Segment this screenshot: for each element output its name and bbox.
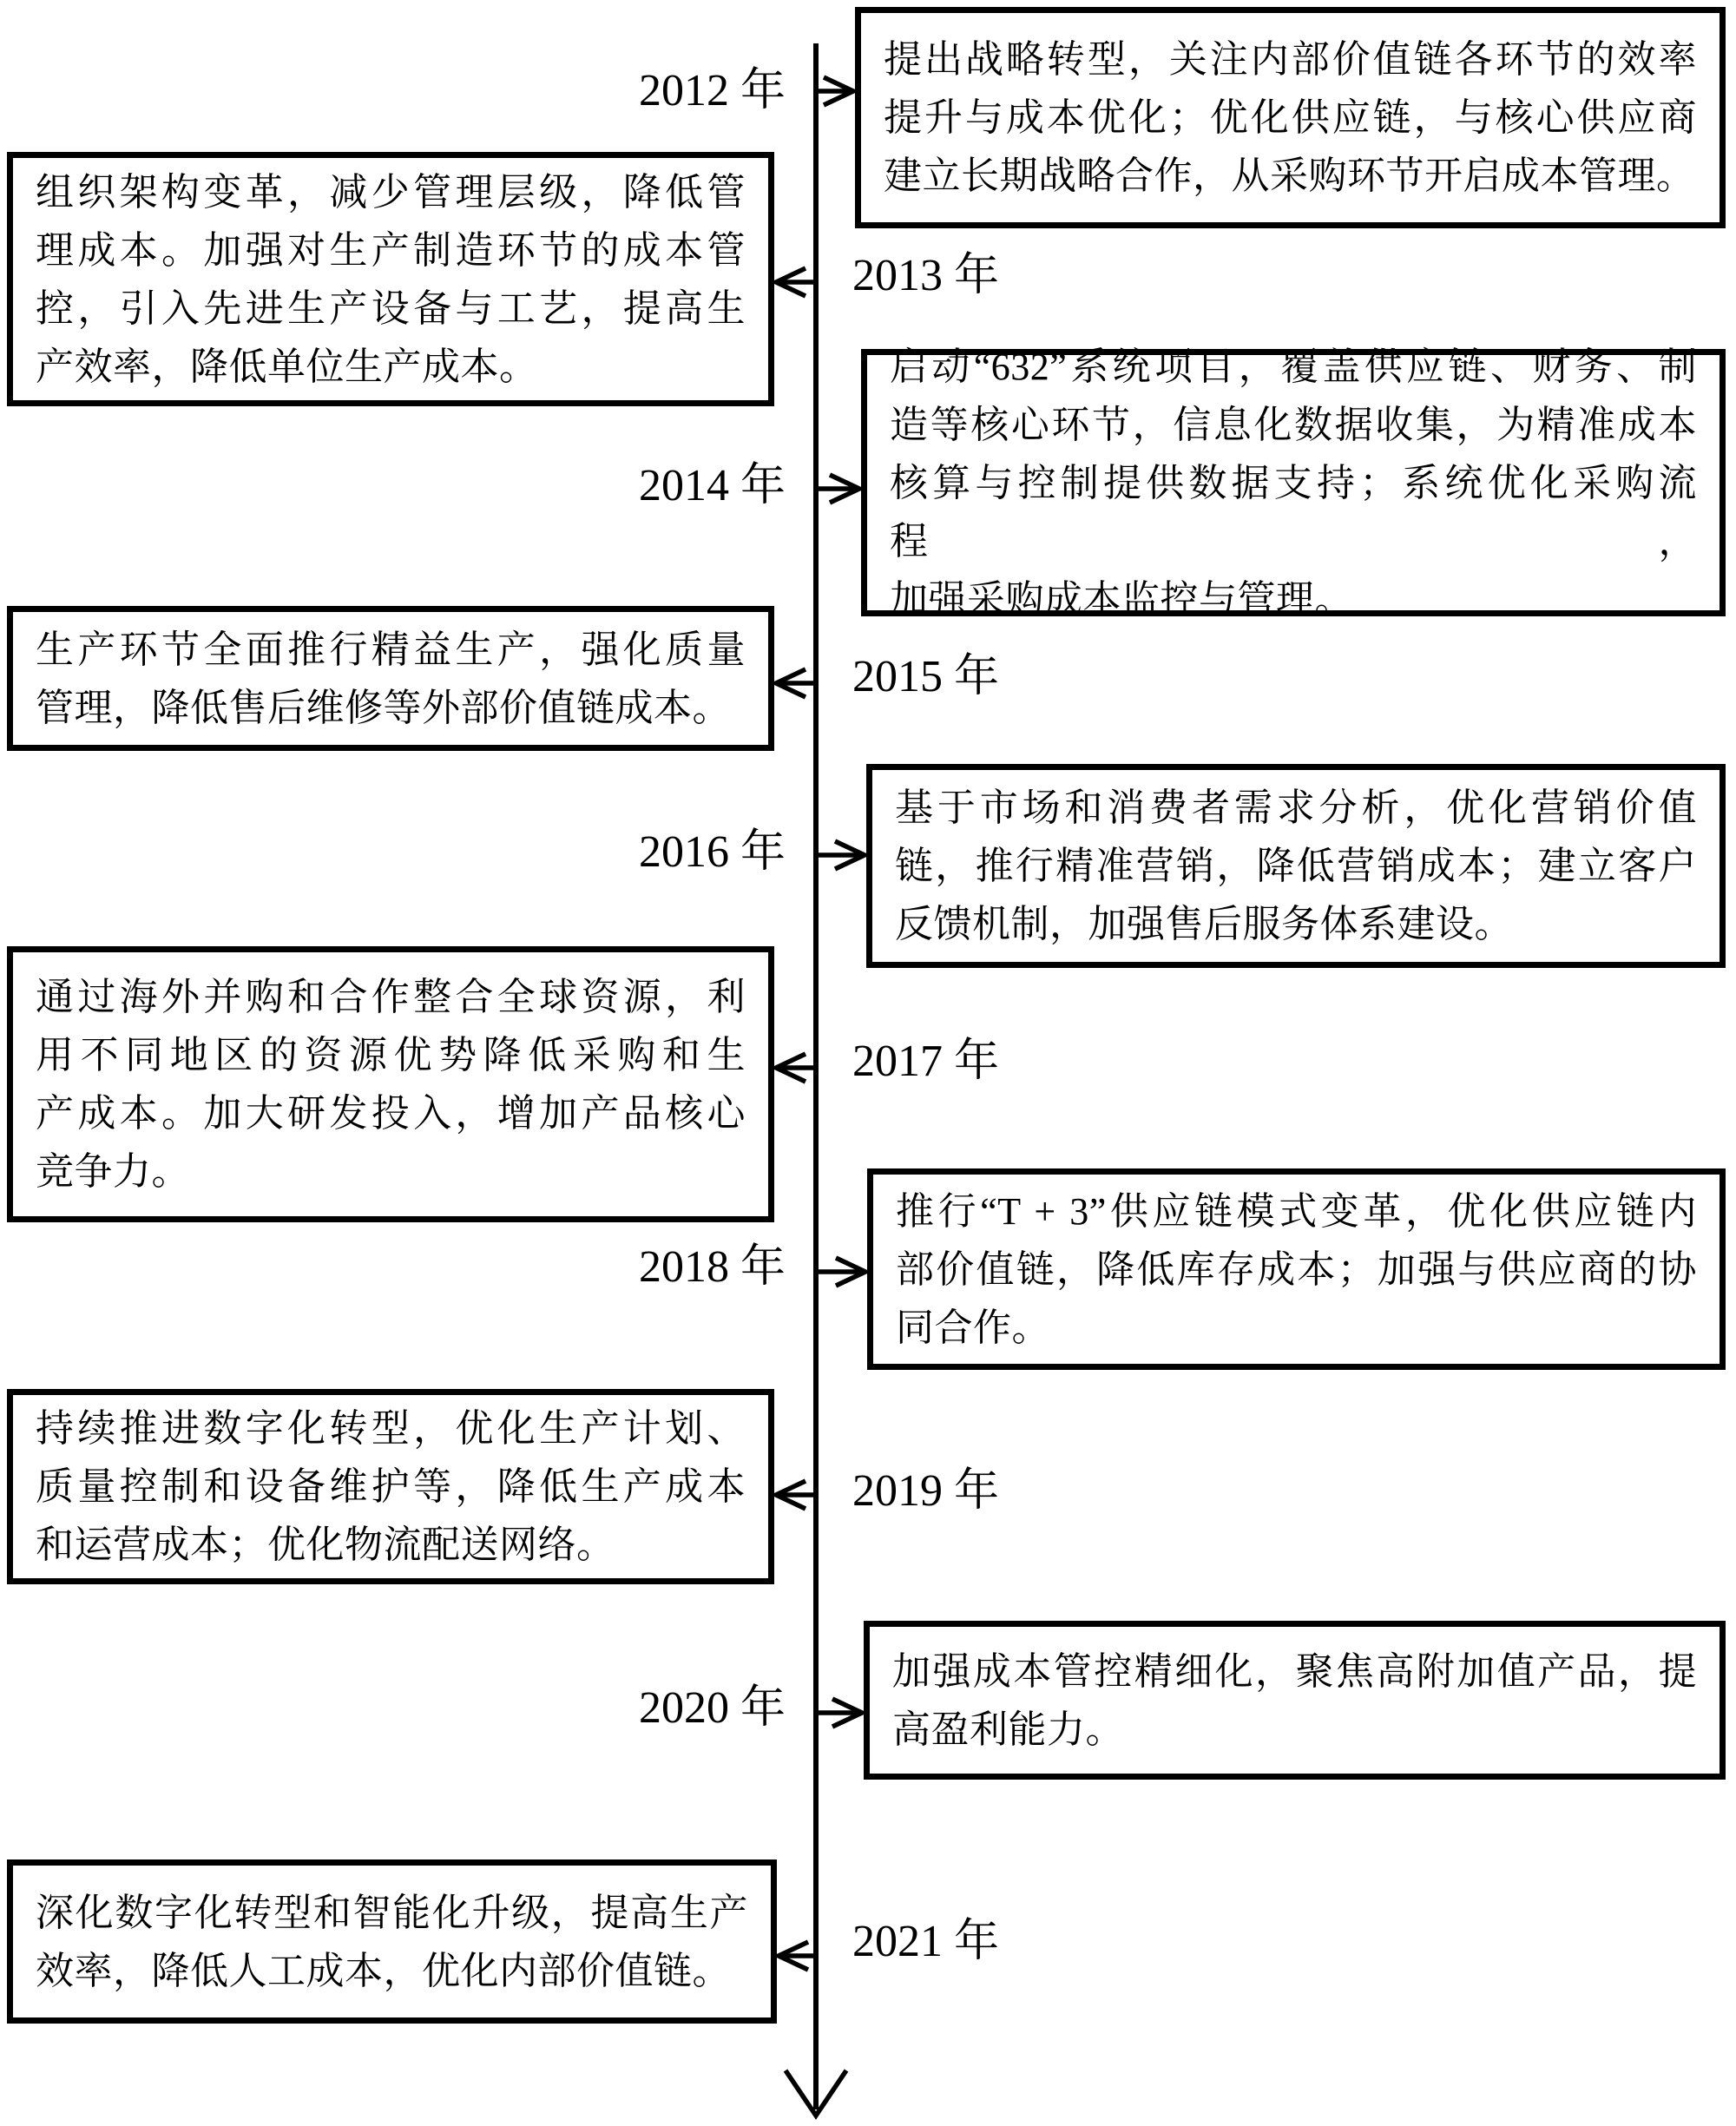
year-label-2018: 2018 年	[639, 1245, 786, 1290]
timeline-diagram: 2012 年 2013 年 2014 年 2015 年 2016 年 2017 …	[0, 0, 1736, 2126]
year-label-2017: 2017 年	[852, 1039, 999, 1084]
arrow-left-2021-icon	[779, 1942, 815, 1970]
arrow-left-2017-icon	[776, 1054, 815, 1082]
year-label-2014: 2014 年	[639, 464, 786, 509]
event-box-2015: 生产环节全面推行精益生产，强化质量管理，降低售后维修等外部价值链成本。	[7, 606, 774, 751]
event-box-2021: 深化数字化转型和智能化升级，提高生产效率，降低人工成本，优化内部价值链。	[7, 1859, 777, 2024]
event-box-2020: 加强成本管控精细化，聚焦高附加值产品，提高盈利能力。	[864, 1621, 1726, 1780]
arrow-right-2020-icon	[817, 1699, 862, 1727]
event-text-2014: 启动“632”系统项目，覆盖供应链、财务、制造等核心环节，信息化数据收集，为精准…	[867, 338, 1720, 629]
event-box-2017: 通过海外并购和合作整合全球资源，利用不同地区的资源优势降低采购和生产成本。加大研…	[7, 946, 774, 1222]
event-box-2019: 持续推进数字化转型，优化生产计划、质量控制和设备维护等，降低生产成本和运营成本；…	[7, 1389, 774, 1584]
arrow-right-2014-icon	[817, 475, 859, 503]
event-text-2018: 推行“T + 3”供应链模式变革，优化供应链内部价值链，降低库存成本；加强与供应…	[873, 1182, 1720, 1357]
arrow-left-2015-icon	[776, 669, 815, 697]
event-text-2012: 提出战略转型，关注内部价值链各环节的效率提升与成本优化；优化供应链，与核心供应商…	[861, 30, 1720, 205]
axis-arrowhead-down-icon	[786, 2070, 846, 2116]
event-box-2013: 组织架构变革，减少管理层级，降低管理成本。加强对生产制造环节的成本管控，引入先进…	[7, 152, 774, 406]
event-text-2013: 组织架构变革，减少管理层级，降低管理成本。加强对生产制造环节的成本管控，引入先进…	[13, 163, 768, 396]
year-label-2020: 2020 年	[639, 1686, 786, 1731]
event-text-2015: 生产环节全面推行精益生产，强化质量管理，降低售后维修等外部价值链成本。	[13, 621, 768, 737]
event-text-2019: 持续推进数字化转型，优化生产计划、质量控制和设备维护等，降低生产成本和运营成本；…	[13, 1399, 768, 1574]
event-box-2012: 提出战略转型，关注内部价值链各环节的效率提升与成本优化；优化供应链，与核心供应商…	[855, 7, 1726, 228]
year-label-2021: 2021 年	[852, 1919, 999, 1965]
event-box-2014: 启动“632”系统项目，覆盖供应链、财务、制造等核心环节，信息化数据收集，为精准…	[861, 349, 1726, 616]
year-label-2019: 2019 年	[852, 1469, 999, 1514]
year-label-2015: 2015 年	[852, 655, 999, 700]
event-box-2018: 推行“T + 3”供应链模式变革，优化供应链内部价值链，降低库存成本；加强与供应…	[867, 1168, 1726, 1370]
event-text-2016: 基于市场和消费者需求分析，优化营销价值链，推行精准营销，降低营销成本；建立客户反…	[872, 779, 1720, 953]
event-text-2017: 通过海外并购和合作整合全球资源，利用不同地区的资源优势降低采购和生产成本。加大研…	[13, 968, 768, 1201]
arrow-right-2018-icon	[817, 1258, 865, 1286]
year-label-2016: 2016 年	[639, 830, 786, 875]
arrow-right-2016-icon	[817, 841, 865, 869]
arrow-right-2012-icon	[817, 77, 853, 105]
event-box-2016: 基于市场和消费者需求分析，优化营销价值链，推行精准营销，降低营销成本；建立客户反…	[866, 764, 1726, 968]
arrow-left-2013-icon	[776, 268, 815, 296]
event-text-2021: 深化数字化转型和智能化升级，提高生产效率，降低人工成本，优化内部价值链。	[13, 1884, 771, 2000]
year-label-2012: 2012 年	[639, 69, 786, 114]
event-text-2020: 加强成本管控精细化，聚焦高附加值产品，提高盈利能力。	[870, 1642, 1720, 1759]
arrow-left-2019-icon	[776, 1481, 815, 1509]
year-label-2013: 2013 年	[852, 253, 999, 299]
